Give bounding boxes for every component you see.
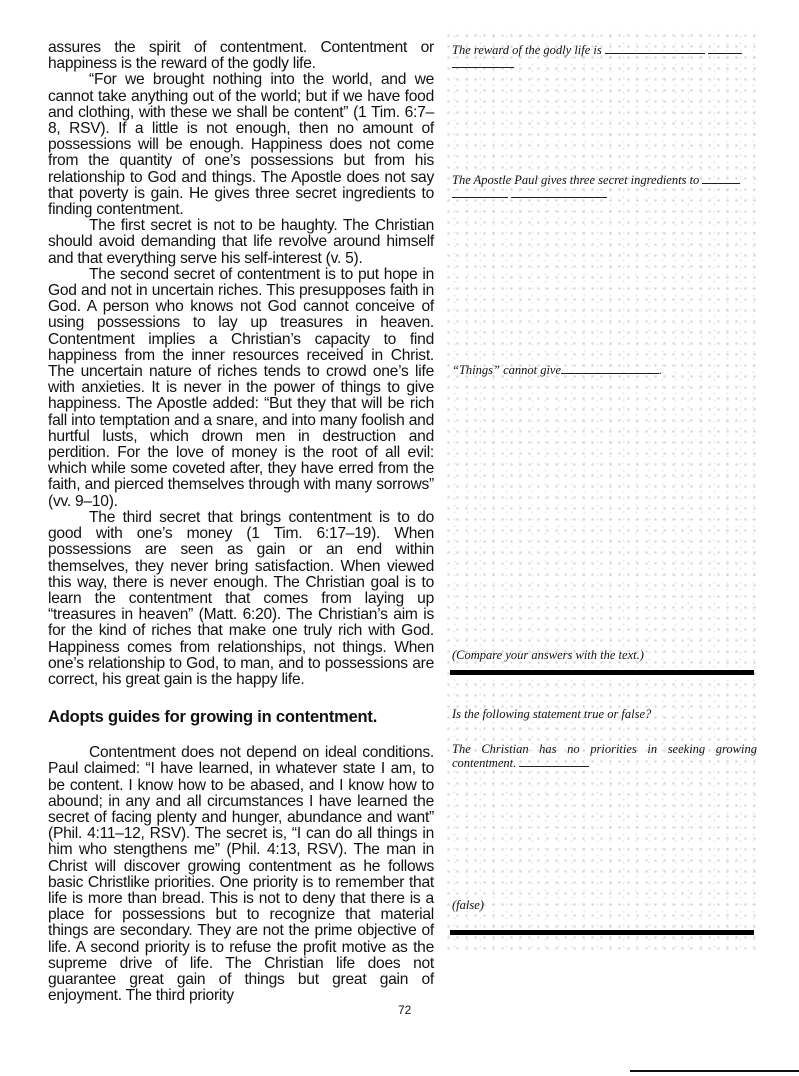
paragraph: Contentment does not depend on ideal con… [48,745,434,1004]
section-divider [450,930,754,935]
answer-blank[interactable] [519,756,589,767]
answer-blank[interactable] [511,187,607,198]
answer-blank[interactable] [605,43,705,54]
question-prompt: The Apostle Paul gives three secret ingr… [452,173,699,187]
main-text-column: assures the spirit of contentment. Conte… [48,40,434,1004]
punctuation: . [659,363,662,377]
answer-blank[interactable] [702,173,740,184]
true-false-instruction: Is the following statement true or false… [452,707,757,721]
section-divider [450,670,754,675]
statement-text: The Christian has no priorities in seeki… [452,742,757,770]
question-reward: The reward of the godly life is [452,43,757,71]
paragraph: The first secret is not to be haughty. T… [48,218,434,267]
true-false-statement: The Christian has no priorities in seeki… [452,742,757,770]
paragraph: assures the spirit of contentment. Conte… [48,40,434,72]
answer-blank[interactable] [708,43,742,54]
question-ingredients: The Apostle Paul gives three secret ingr… [452,173,757,201]
section-heading: Adopts guides for growing in contentment… [48,708,434,726]
question-prompt: “Things” cannot give [452,363,561,377]
answer-blank[interactable] [452,187,508,198]
true-false-answer: (false) [452,898,757,912]
question-things: “Things” cannot give. [452,363,757,377]
page-number: 72 [398,1003,411,1017]
answer-blank[interactable] [561,363,659,374]
paragraph: “For we brought nothing into the world, … [48,72,434,218]
question-prompt: The reward of the godly life is [452,43,602,57]
compare-note: (Compare your answers with the text.) [452,648,757,662]
study-sidebar: The reward of the godly life is The Apos… [444,30,759,950]
paragraph: The second secret of contentment is to p… [48,267,434,510]
bottom-rule [630,1070,799,1072]
paragraph: The third secret that brings contentment… [48,510,434,688]
answer-blank[interactable] [452,57,514,68]
